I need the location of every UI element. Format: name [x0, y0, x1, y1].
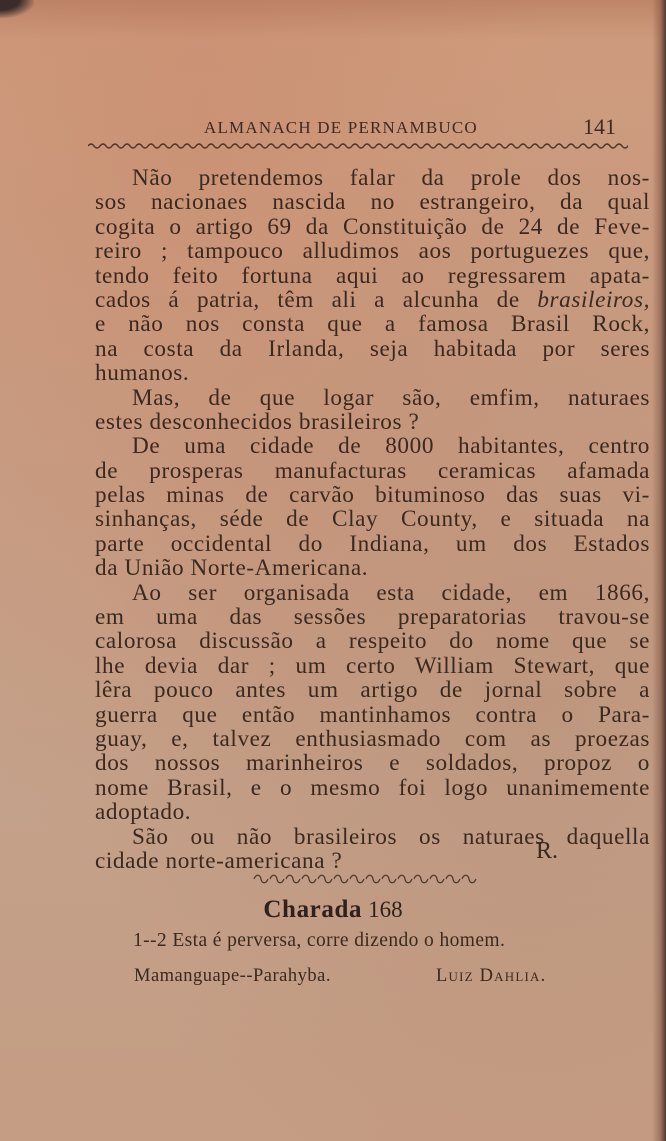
charada-title: Charada [263, 896, 362, 923]
article-line: adoptado. [95, 800, 650, 824]
page-number: 141 [583, 114, 616, 140]
article-line: Não pretendemos falar da prole dos nos- [95, 166, 650, 190]
article-line: sinhanças, séde de Clay County, e situad… [95, 507, 650, 531]
article-line: da União Norte-Americana. [95, 556, 650, 580]
article-line: parte occidental do Indiana, um dos Esta… [95, 532, 650, 556]
article-line: pelas minas de carvão bituminoso das sua… [95, 483, 650, 507]
article-line: em uma das sessões preparatorias travou-… [95, 605, 650, 629]
article-line: de prosperas manufacturas ceramicas afam… [95, 459, 650, 483]
article-signature: R. [536, 838, 558, 865]
article-line: calorosa discussão a respeito do nome qu… [95, 629, 650, 653]
article-line: Mas, de que logar são, emfim, naturaes [95, 386, 650, 410]
page-edge-shadow [652, 0, 666, 1141]
charada-number: 168 [368, 897, 403, 922]
paper-stain [0, 0, 666, 40]
running-head: ALMANACH DE PERNAMBUCO 141 [204, 116, 626, 140]
charada-heading: Charada168 [0, 896, 666, 924]
article-line: nome Brasil, e o mesmo foi logo unanimem… [95, 776, 650, 800]
italic-word: brasileiros, [537, 287, 650, 313]
article-line: guay, e, talvez enthusiasmado com as pro… [95, 727, 650, 751]
torn-corner [0, 0, 34, 18]
article-line: São ou não brasileiros os naturaes daque… [95, 825, 650, 849]
article-line: sos nacionaes nascida no estrangeiro, da… [95, 190, 650, 214]
article-line: estes desconhecidos brasileiros ? [95, 410, 650, 434]
article-line: cogita o artigo 69 da Constituição de 24… [95, 215, 650, 239]
article-line-text: cados á patria, têm ali a alcunha de [95, 287, 537, 313]
charada-clue: 1--2 Esta é perversa, corre dizendo o ho… [133, 930, 505, 952]
wavy-rule-divider [88, 141, 628, 151]
article-line: tendo feito fortuna aqui ao regressarem … [95, 264, 650, 288]
article-line: dos nossos marinheiros e soldados, propo… [95, 751, 650, 775]
article-line: cados á patria, têm ali a alcunha de bra… [95, 288, 650, 312]
ornament-divider [250, 872, 480, 886]
article-line: na costa da Irlanda, seja habitada por s… [95, 337, 650, 361]
charada-author: Luiz Dahlia. [436, 966, 546, 987]
article-line: Ao ser organisada esta cidade, em 1866, [95, 581, 650, 605]
article-line: De uma cidade de 8000 habitantes, centro [95, 434, 650, 458]
article-line: lhe devia dar ; um certo William Stewart… [95, 654, 650, 678]
charada-place: Mamanguape--Parahyba. [134, 966, 331, 987]
article-line: reiro ; tampouco alludimos aos portuguez… [95, 239, 650, 263]
article-line: lêra pouco antes um artigo de jornal sob… [95, 678, 650, 702]
article-line: humanos. [95, 361, 650, 385]
article-line: guerra que então mantinhamos contra o Pa… [95, 703, 650, 727]
article-body: Não pretendemos falar da prole dos nos- … [95, 166, 650, 873]
article-line: e não nos consta que a famosa Brasil Roc… [95, 312, 650, 336]
running-title: ALMANACH DE PERNAMBUCO [204, 118, 478, 138]
article-line: cidade norte-americana ? [95, 849, 650, 873]
